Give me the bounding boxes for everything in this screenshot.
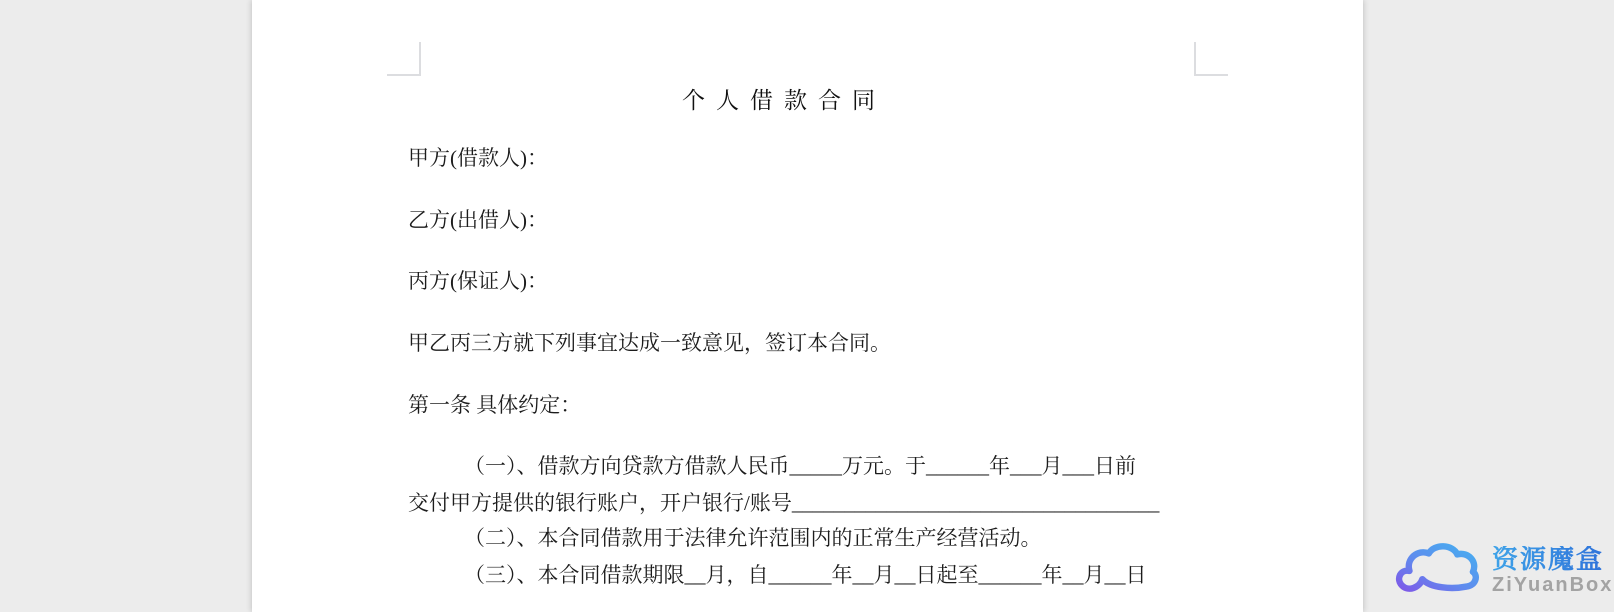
watermark: 资源魔盒 ZiYuanBox	[1392, 540, 1613, 600]
watermark-brand-en: ZiYuanBox	[1492, 575, 1613, 595]
intro-line: 甲乙丙三方就下列事宜达成一致意见，签订本合同。	[408, 330, 1198, 356]
watermark-brand-cn: 资源魔盒	[1492, 546, 1613, 572]
document-title: 个人借款合同	[408, 82, 1160, 115]
clause-1-line-1: （一）、借款方向贷款方借款人民币_____万元。于______年___月___日…	[408, 453, 1198, 479]
party-c-line: 丙方(保证人)：	[408, 268, 1198, 294]
clause-1-line-2: 交付甲方提供的银行账户，开户银行/账号_____________________…	[408, 490, 1198, 516]
cloud-logo-icon	[1392, 540, 1484, 600]
article-1-heading: 第一条 具体约定：	[408, 392, 1198, 418]
editor-canvas: 个人借款合同 甲方(借款人)： 乙方(出借人)： 丙方(保证人)： 甲乙丙三方就…	[0, 0, 1614, 612]
margin-corner-mark-left	[387, 42, 421, 76]
party-b-line: 乙方(出借人)：	[408, 207, 1198, 233]
margin-corner-mark-right	[1194, 42, 1228, 76]
clause-3-line: （三）、本合同借款期限__月，自______年__月__日起至______年__…	[408, 562, 1198, 588]
document-page[interactable]: 个人借款合同 甲方(借款人)： 乙方(出借人)： 丙方(保证人)： 甲乙丙三方就…	[252, 0, 1363, 612]
party-a-line: 甲方(借款人)：	[408, 145, 1198, 171]
clause-2-line: （二）、本合同借款用于法律允许范围内的正常生产经营活动。	[408, 525, 1198, 551]
